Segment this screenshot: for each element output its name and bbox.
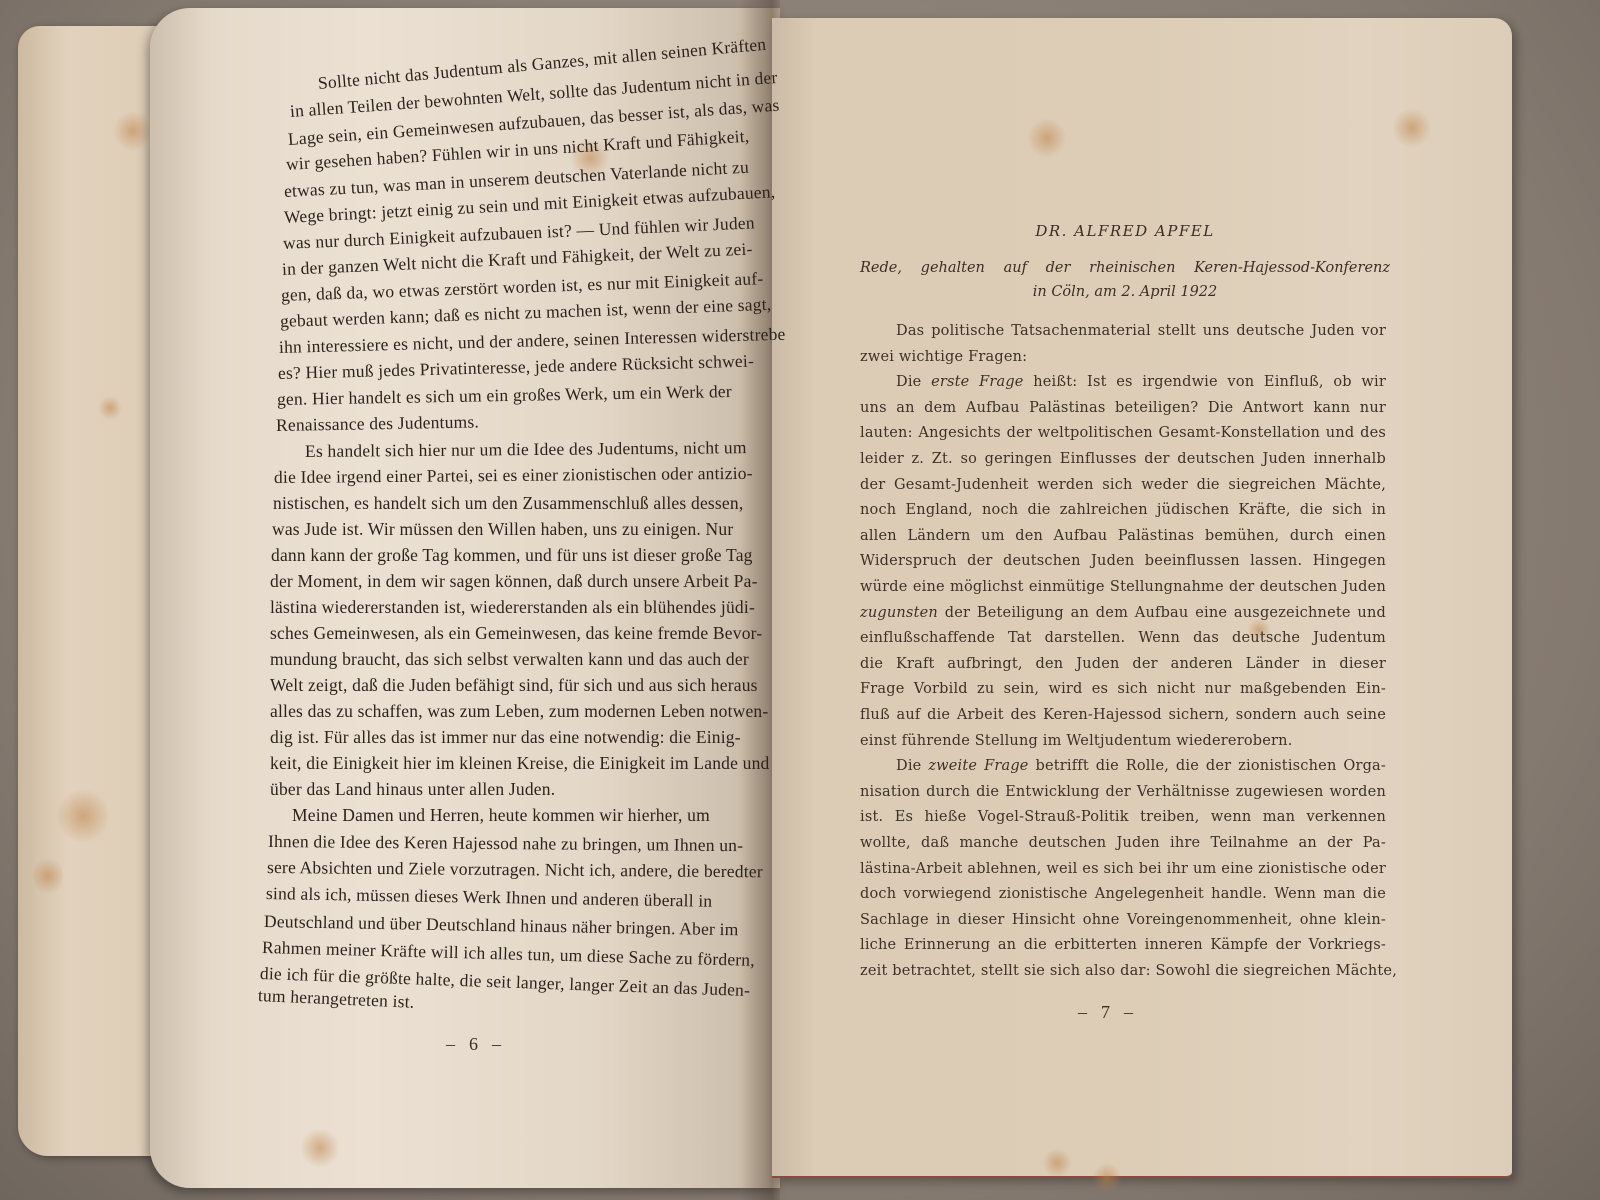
text-line: einflußschaffende Tat darstellen. Wenn d… (860, 627, 1386, 649)
text-line: dig ist. Für alles das ist immer nur das… (270, 726, 741, 748)
foxing-stain (113, 111, 153, 151)
text-line: mundung braucht, das sich selbst verwalt… (270, 648, 749, 670)
text-line: nistischen, es handelt sich um den Zusam… (273, 492, 743, 514)
foxing-stain (1042, 1148, 1072, 1178)
text-line: sches Gemeinwesen, als ein Gemeinwesen, … (270, 622, 762, 644)
text-line: Die zweite Frage betrifft die Rolle, die… (896, 755, 1386, 777)
dash-left: – (1078, 1002, 1101, 1022)
text-line: Frage Vorbild zu sein, wird es sich nich… (860, 678, 1386, 700)
text-line: nisation durch die Entwicklung der Verhä… (860, 781, 1386, 803)
text-line: wollte, daß manche deutschen Juden ihre … (860, 832, 1386, 854)
text-line: keit, die Einigkeit hier im kleinen Krei… (270, 752, 770, 774)
text-line: die Kraft aufbringt, den Juden der ander… (860, 653, 1386, 675)
text-line: noch England, noch die zahlreichen jüdis… (860, 499, 1386, 521)
right-page-number: –7– (1078, 1002, 1147, 1023)
foxing-stain (33, 856, 63, 896)
text-line: fluß auf die Arbeit des Keren-Hajessod s… (860, 704, 1386, 726)
text-line: ist. Es hieße Vogel-Strauß-Politik treib… (860, 806, 1386, 828)
text-line: allen Ländern um den Aufbau Palästinas b… (860, 525, 1386, 547)
text-line: doch vorwiegend zionistische Angelegenhe… (860, 883, 1386, 905)
text-line: Renaissance des Judentums. (276, 410, 479, 436)
dash-left: – (446, 1034, 469, 1054)
text-line: lauten: Angesichts der weltpolitischen G… (860, 422, 1386, 444)
emphasis-text: erste Frage (931, 374, 1024, 390)
text-line: Sachlage in dieser Hinsicht ohne Voreing… (860, 909, 1386, 931)
page-number-value: 6 (469, 1034, 492, 1054)
dash-right: – (492, 1034, 515, 1054)
foxing-stain (300, 1128, 340, 1168)
foxing-stain (1092, 1163, 1122, 1193)
emphasis-text: zweite Frage (928, 758, 1028, 774)
text-line: liche Erinnerung an die erbitterten inne… (860, 934, 1386, 956)
text-line: der Gesamt-Judenheit werden sich weder d… (860, 474, 1386, 496)
dash-right: – (1124, 1002, 1147, 1022)
text-line: lästina wiedererstanden ist, wiederersta… (270, 596, 755, 618)
foxing-stain (1027, 118, 1067, 158)
text-line: was Jude ist. Wir müssen den Willen habe… (272, 518, 733, 540)
page-number-value: 7 (1101, 1002, 1124, 1022)
text-line: Das politische Tatsachenmaterial stellt … (896, 320, 1386, 342)
text-line: zwei wichtige Fragen: (860, 346, 1386, 368)
text-line: zugunsten der Beteiligung an dem Aufbau … (860, 602, 1386, 624)
text-line: der Moment, in dem wir sagen können, daß… (270, 570, 758, 592)
text-line: Ihnen die Idee des Keren Hajessod nahe z… (268, 830, 743, 856)
foxing-stain (1392, 108, 1432, 148)
text-line: über das Land hinaus unter allen Juden. (270, 778, 555, 800)
text-line: leider z. Zt. so geringen Einflusses der… (860, 448, 1386, 470)
text-line: Es handelt sich hier nur um die Idee des… (305, 436, 747, 462)
author-heading: DR. ALFRED APFEL (860, 222, 1390, 240)
speech-subtitle-line2: in Cöln, am 2. April 1922 (860, 284, 1390, 300)
text-line: zeit betrachtet, stellt sie sich also da… (860, 960, 1386, 982)
emphasis-text: zugunsten (860, 605, 938, 621)
text-line: Widerspruch der deutschen Juden beeinflu… (860, 550, 1386, 572)
text-line: uns an dem Aufbau Palästinas beteiligen?… (860, 397, 1386, 419)
text-line: würde eine möglichst einmütige Stellungn… (860, 576, 1386, 598)
text-line: einst führende Stellung im Weltjudentum … (860, 730, 1386, 752)
foxing-stain (98, 396, 122, 420)
text-line: die Idee irgend einer Partei, sei es ein… (274, 462, 753, 488)
text-line: alles das zu schaffen, was zum Leben, zu… (270, 700, 768, 722)
speech-subtitle-line1: Rede, gehalten auf der rheinischen Keren… (860, 260, 1390, 276)
text-line: Meine Damen und Herren, heute kommen wir… (292, 804, 710, 826)
text-line: sere Absichten und Ziele vorzutragen. Ni… (267, 856, 763, 882)
text-line: Die erste Frage heißt: Ist es irgendwie … (896, 371, 1386, 393)
text-line: lästina-Arbeit ablehnen, weil es sich be… (860, 858, 1386, 880)
left-page-number: –6– (446, 1034, 515, 1055)
text-line: Welt zeigt, daß die Juden befähigt sind,… (270, 674, 758, 696)
foxing-stain (58, 786, 108, 846)
text-line: dann kann der große Tag kommen, und für … (271, 544, 753, 566)
